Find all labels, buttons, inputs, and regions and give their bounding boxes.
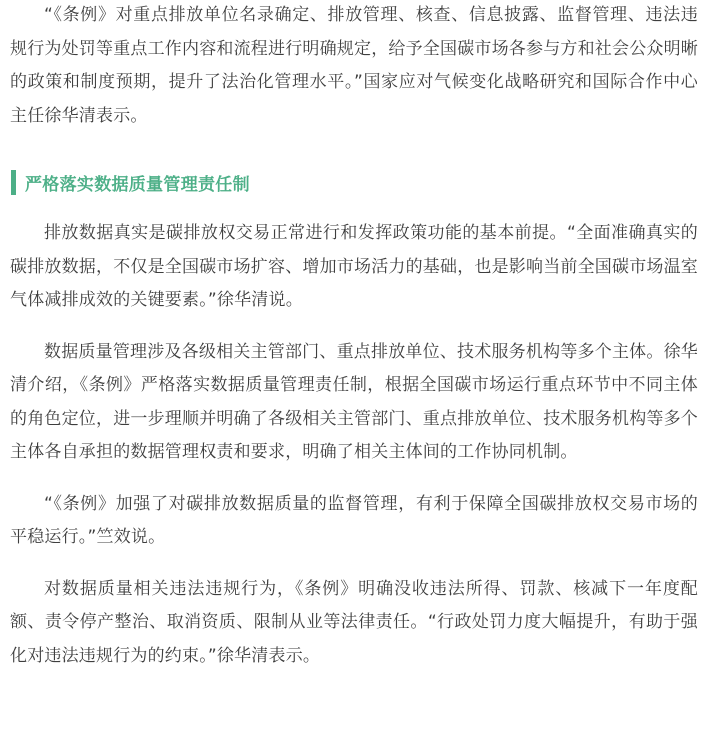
- section-title: 严格落实数据质量管理责任制: [25, 170, 250, 195]
- paragraph-supervision-quote: “《条例》加强了对碳排放数据质量的监督管理，有利于保障全国碳排放权交易市场的平稳…: [10, 488, 698, 555]
- section-accent-bar: [11, 170, 16, 195]
- paragraph-regulation-quote: “《条例》对重点排放单位名录确定、排放管理、核查、信息披露、监督管理、违法违规行…: [10, 0, 698, 133]
- section-heading: 严格落实数据质量管理责任制: [10, 170, 698, 195]
- article-body: “《条例》对重点排放单位名录确定、排放管理、核查、信息披露、监督管理、违法违规行…: [0, 0, 710, 673]
- paragraph-gap: [10, 470, 698, 488]
- paragraph-gap: [10, 318, 698, 336]
- paragraph-gap: [10, 555, 698, 573]
- paragraph-emission-data: 排放数据真实是碳排放权交易正常进行和发挥政策功能的基本前提。“全面准确真实的碳排…: [10, 217, 698, 318]
- paragraph-legal-liability: 对数据质量相关违法违规行为，《条例》明确没收违法所得、罚款、核减下一年度配额、责…: [10, 573, 698, 674]
- paragraph-data-quality-management: 数据质量管理涉及各级相关主管部门、重点排放单位、技术服务机构等多个主体。徐华清介…: [10, 336, 698, 470]
